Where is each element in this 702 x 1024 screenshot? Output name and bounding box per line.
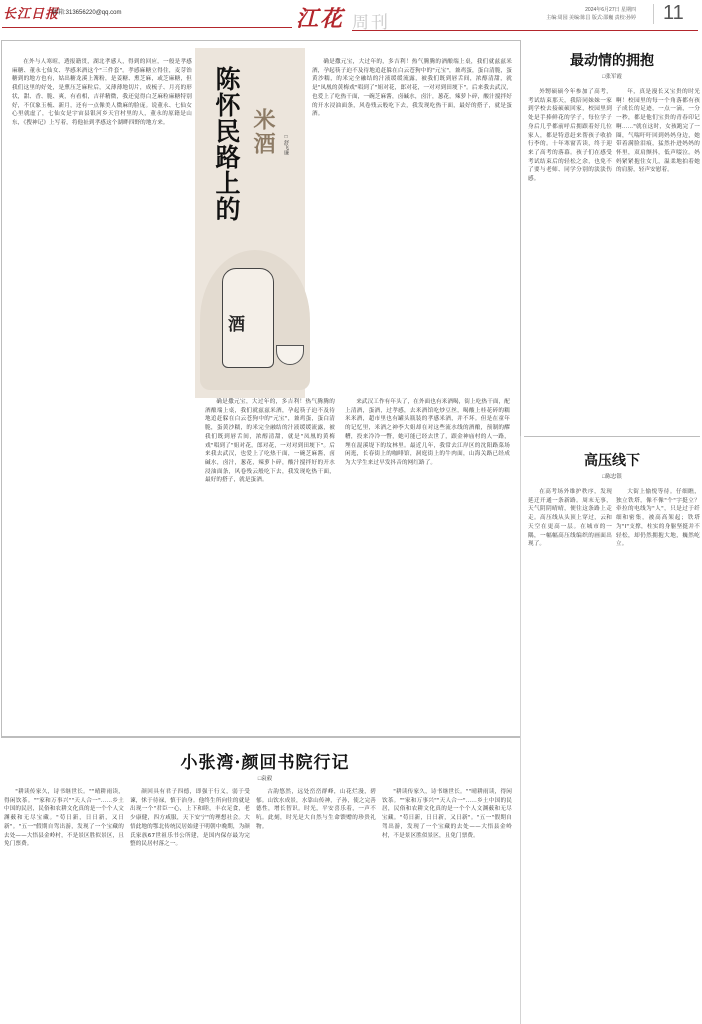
issue-date: 2024年6月27日 星期四 <box>546 6 636 14</box>
bottom-story-divider <box>1 737 521 738</box>
bottom-story-author: □袁毅 <box>200 774 330 782</box>
main-story-subtitle: 米酒 <box>248 108 279 156</box>
editorial-staff: 主编:周园 美编:陈昌 版式:邵巍 责校:孙婷 <box>546 14 636 22</box>
side-story-2-column-1: 在高考场外维护秩序，发现延迁开通一条新路。周末无事，天气阴阴晴晴，便往这条路上走… <box>528 488 612 1008</box>
side-story-1-column-2: 年，真是漫长又宝贵的时光啊！校园里的每一个角落都有孩子成长的足迹，一点一滴，一分… <box>616 88 700 428</box>
side-story-divider <box>524 436 700 437</box>
bottom-story-title: 小张湾·颜回书院行记 <box>100 748 430 773</box>
side-story-1-title: 最动情的拥抱 <box>522 50 702 70</box>
side-story-2-title: 高压线下 <box>522 450 702 470</box>
bottom-story-column-3: 古韵悠然，远处峦峦群峰，山花烂漫，碧郁。山饮水成景，水靠山传神，子孙，使之完善德… <box>256 788 376 1020</box>
side-story-2-column-2: 大街上愉悦等待。仔细瞧，独立铁塔，像不像"个"字挺立？牵拉的电线为"人"，只是过… <box>616 488 700 1008</box>
newspaper-logo: 长江日报 <box>3 3 59 22</box>
bottom-story-column-2: 颜回具有君子四德，即强于行义，弱于受谏，怵于待禄，慎于治身。他终生所向往的就是出… <box>130 788 250 1020</box>
divider <box>653 4 654 24</box>
main-story-column-4: 来武汉工作有年头了，在外面也有米酒喝，街上吃热干面，配上清酒，蛋酒，过孝感，去米… <box>345 398 510 728</box>
page-number: 11 <box>663 2 684 25</box>
main-story-author: □舒飞廉 <box>283 134 290 155</box>
bottom-story-column-1: "耕读传家久，诗书继世长。""晴耕雨读，得闲饮茶。""家和万事兴""天人合一"…… <box>4 788 124 1020</box>
side-story-1-author: □张军霞 <box>522 72 702 80</box>
side-story-2-author: □陈忠银 <box>522 472 702 480</box>
main-story-column-1: 在外与人寒暄，透报籍贯，湖北孝感人，得到的回应，一般是孝感麻糖、董永七仙女、孝感… <box>12 58 192 730</box>
bottom-story-column-4: "耕读传家久，诗书继世长。""晴耕雨读，得闲饮茶。""家和万事兴""天人合一"…… <box>382 788 512 1020</box>
issue-meta: 2024年6月27日 星期四 主编:周园 美编:陈昌 版式:邵巍 责校:孙婷 <box>546 6 636 22</box>
main-story-column-2: 确是撒元宝，大过年的，多吉利！热气腾腾的酒酿端上桌，我们就兹兹米酒，孕起筷子迫不… <box>312 58 512 393</box>
jar-label: 酒 <box>228 310 245 335</box>
contact-email: 邮箱:313656220@qq.com <box>52 7 121 16</box>
main-story-column-3: 确是撒元宝，大过年的，多吉利！热气腾腾的酒酿端上桌，我们就兹兹米酒，孕起筷子迫不… <box>205 398 335 728</box>
section-brand: 江花 <box>296 2 344 33</box>
side-story-1-column-1: 外甥硕硕今年参加了高考，考试结束那天，我陪同妹妹一家到学校去接硕硕回家，校园里到… <box>528 88 612 428</box>
main-story-title: 陈怀民路上的 <box>212 66 240 222</box>
masthead-rule-right <box>352 30 698 31</box>
masthead: 长江日报 邮箱:313656220@qq.com 江花 周刊 2024年6月27… <box>0 0 702 34</box>
masthead-rule-left <box>2 27 292 28</box>
column-divider <box>520 436 521 1024</box>
